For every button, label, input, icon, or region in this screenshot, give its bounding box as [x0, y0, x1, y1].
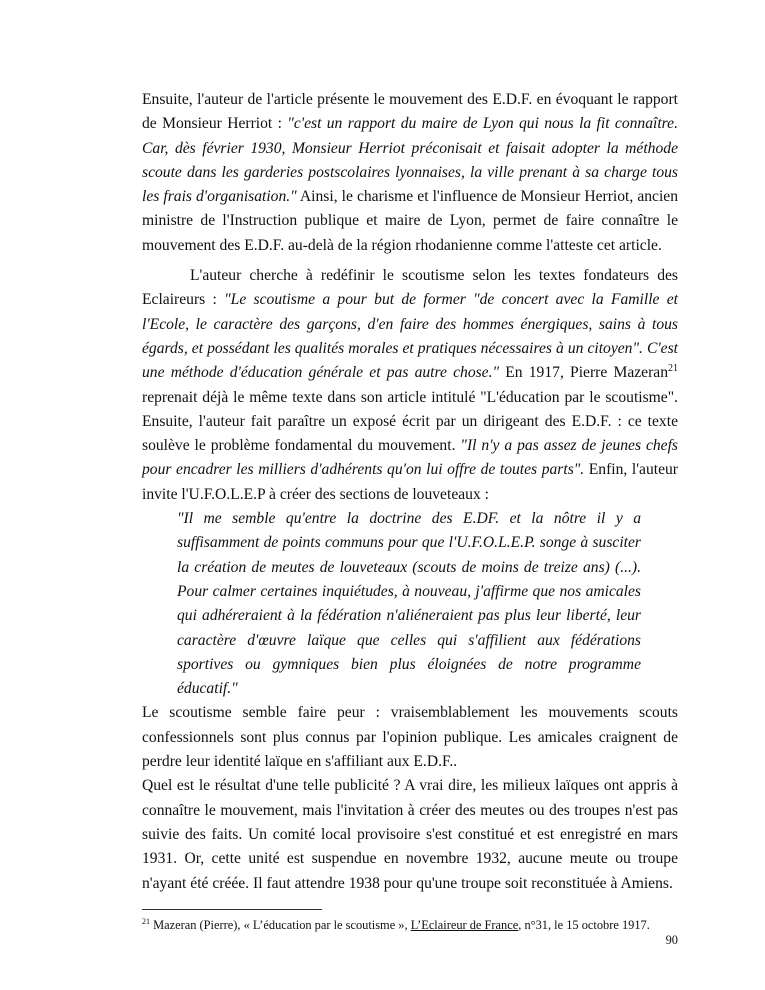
- footnote-text: , n°31, le 15 octobre 1917.: [518, 918, 650, 932]
- paragraph-text: En 1917, Pierre Mazeran: [499, 364, 668, 381]
- footnote-number: 21: [142, 917, 150, 926]
- page-body: Ensuite, l'auteur de l'article présente …: [142, 88, 678, 896]
- footnote-separator: [142, 909, 322, 910]
- paragraph-peur: Le scoutisme semble faire peur : vraisem…: [142, 701, 678, 774]
- paragraph-herriot: Ensuite, l'auteur de l'article présente …: [142, 88, 678, 258]
- footnote-journal-title: L’Eclaireur de France: [411, 918, 519, 932]
- paragraph-scoutisme-definition: L'auteur cherche à redéfinir le scoutism…: [142, 264, 678, 507]
- paragraph-resultat: Quel est le résultat d'une telle publici…: [142, 774, 678, 895]
- block-quote-ufolep: "Il me semble qu'entre la doctrine des E…: [177, 507, 641, 701]
- page-number: 90: [600, 932, 678, 948]
- footnote-text: Mazeran (Pierre), « L’éducation par le s…: [150, 918, 411, 932]
- footnote-reference[interactable]: 21: [668, 363, 678, 374]
- footnote: 21 Mazeran (Pierre), « L’éducation par l…: [142, 917, 682, 933]
